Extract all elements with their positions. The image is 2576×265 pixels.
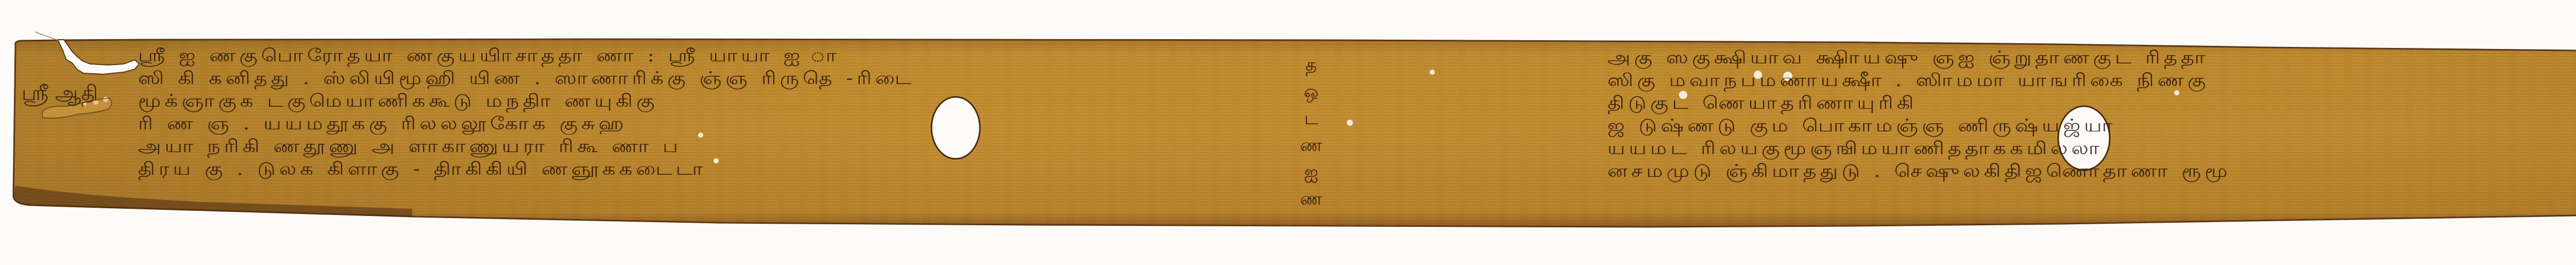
column-glyph: ஐ — [1296, 159, 1327, 186]
text-block-2: அகு ஸகுக்ஷியாவ க்ஷிாயஷு ஞஐ ஞ்றுதாணகுட ரி… — [1607, 46, 2136, 183]
column-glyph: த — [1296, 52, 1327, 78]
text-line: மூக்ஞாகுக டகுமெயாணிககூடு மநதிா ணயுகிகு — [138, 90, 915, 112]
text-line: அகு ஸகுக்ஷியாவ க்ஷிாயஷு ஞஐ ஞ்றுதாணகுட ரி… — [1607, 46, 2231, 69]
text-line: திடுகுட ணெயாதரிணாயுரிகி — [1607, 92, 2231, 114]
column-glyph: ஒ — [1296, 78, 1327, 105]
vertical-column-1: த ஒ ட ண ஐ ண — [1296, 52, 1327, 212]
text-line: ஜ டுஷ்ணடு கும பொகாமஞ்ஞ ணிருஷ்யஜ்யா — [1607, 114, 2231, 137]
margin-label: ஸ்ரீ ஆதி — [22, 81, 98, 108]
text-line: ஸிகு மவாநபமணாயக்ஷீா . ஸிாமமா யாஙரிகை நிண… — [1607, 69, 2231, 92]
text-line: ஸ்ரீ ஐ ணகுபொரோதயா ணகுயயிாசாததா ணா : ஸ்ரீ… — [138, 44, 915, 67]
manuscript-scene: ஸ்ரீ ஆதி ஸ்ரீ ஐ ணகுபொரோதயா ணகுயயிாசாததா … — [0, 0, 2576, 265]
text-block-1: ஸ்ரீ ஐ ணகுபொரோதயா ணகுயயிாசாததா ணா : ஸ்ரீ… — [138, 44, 796, 180]
column-glyph: ண — [1296, 132, 1327, 159]
text-line: யயமட ரிலயகுமூஞஙிமயாணிததாககமிலலா — [1607, 137, 2231, 160]
text-line: ரி ண ஞ . யயமதூககு ரிலலலூகோக குசுஹ — [138, 112, 915, 135]
column-glyph: ண — [1296, 186, 1327, 212]
binding-hole-1 — [931, 97, 980, 159]
column-glyph: ட — [1296, 105, 1327, 132]
text-line: திரய கு . டுலக கிளாகு - திாகிகியி ணஞூககட… — [138, 158, 915, 180]
text-line: னசமமுடு ஞ்கிமாததுடு . செஷுலகிதிஜணொதாணா ர… — [1607, 160, 2231, 183]
fibre — [35, 32, 58, 40]
text-line: ஸி கி கனிதது . ஸ்லியிமூஹி யிண . ஸாணாரிக்… — [138, 67, 915, 90]
text-line: அயா நரிகி ணதூணு அ ளாகாணுயரா ரிகூ ணா ப — [138, 135, 915, 158]
